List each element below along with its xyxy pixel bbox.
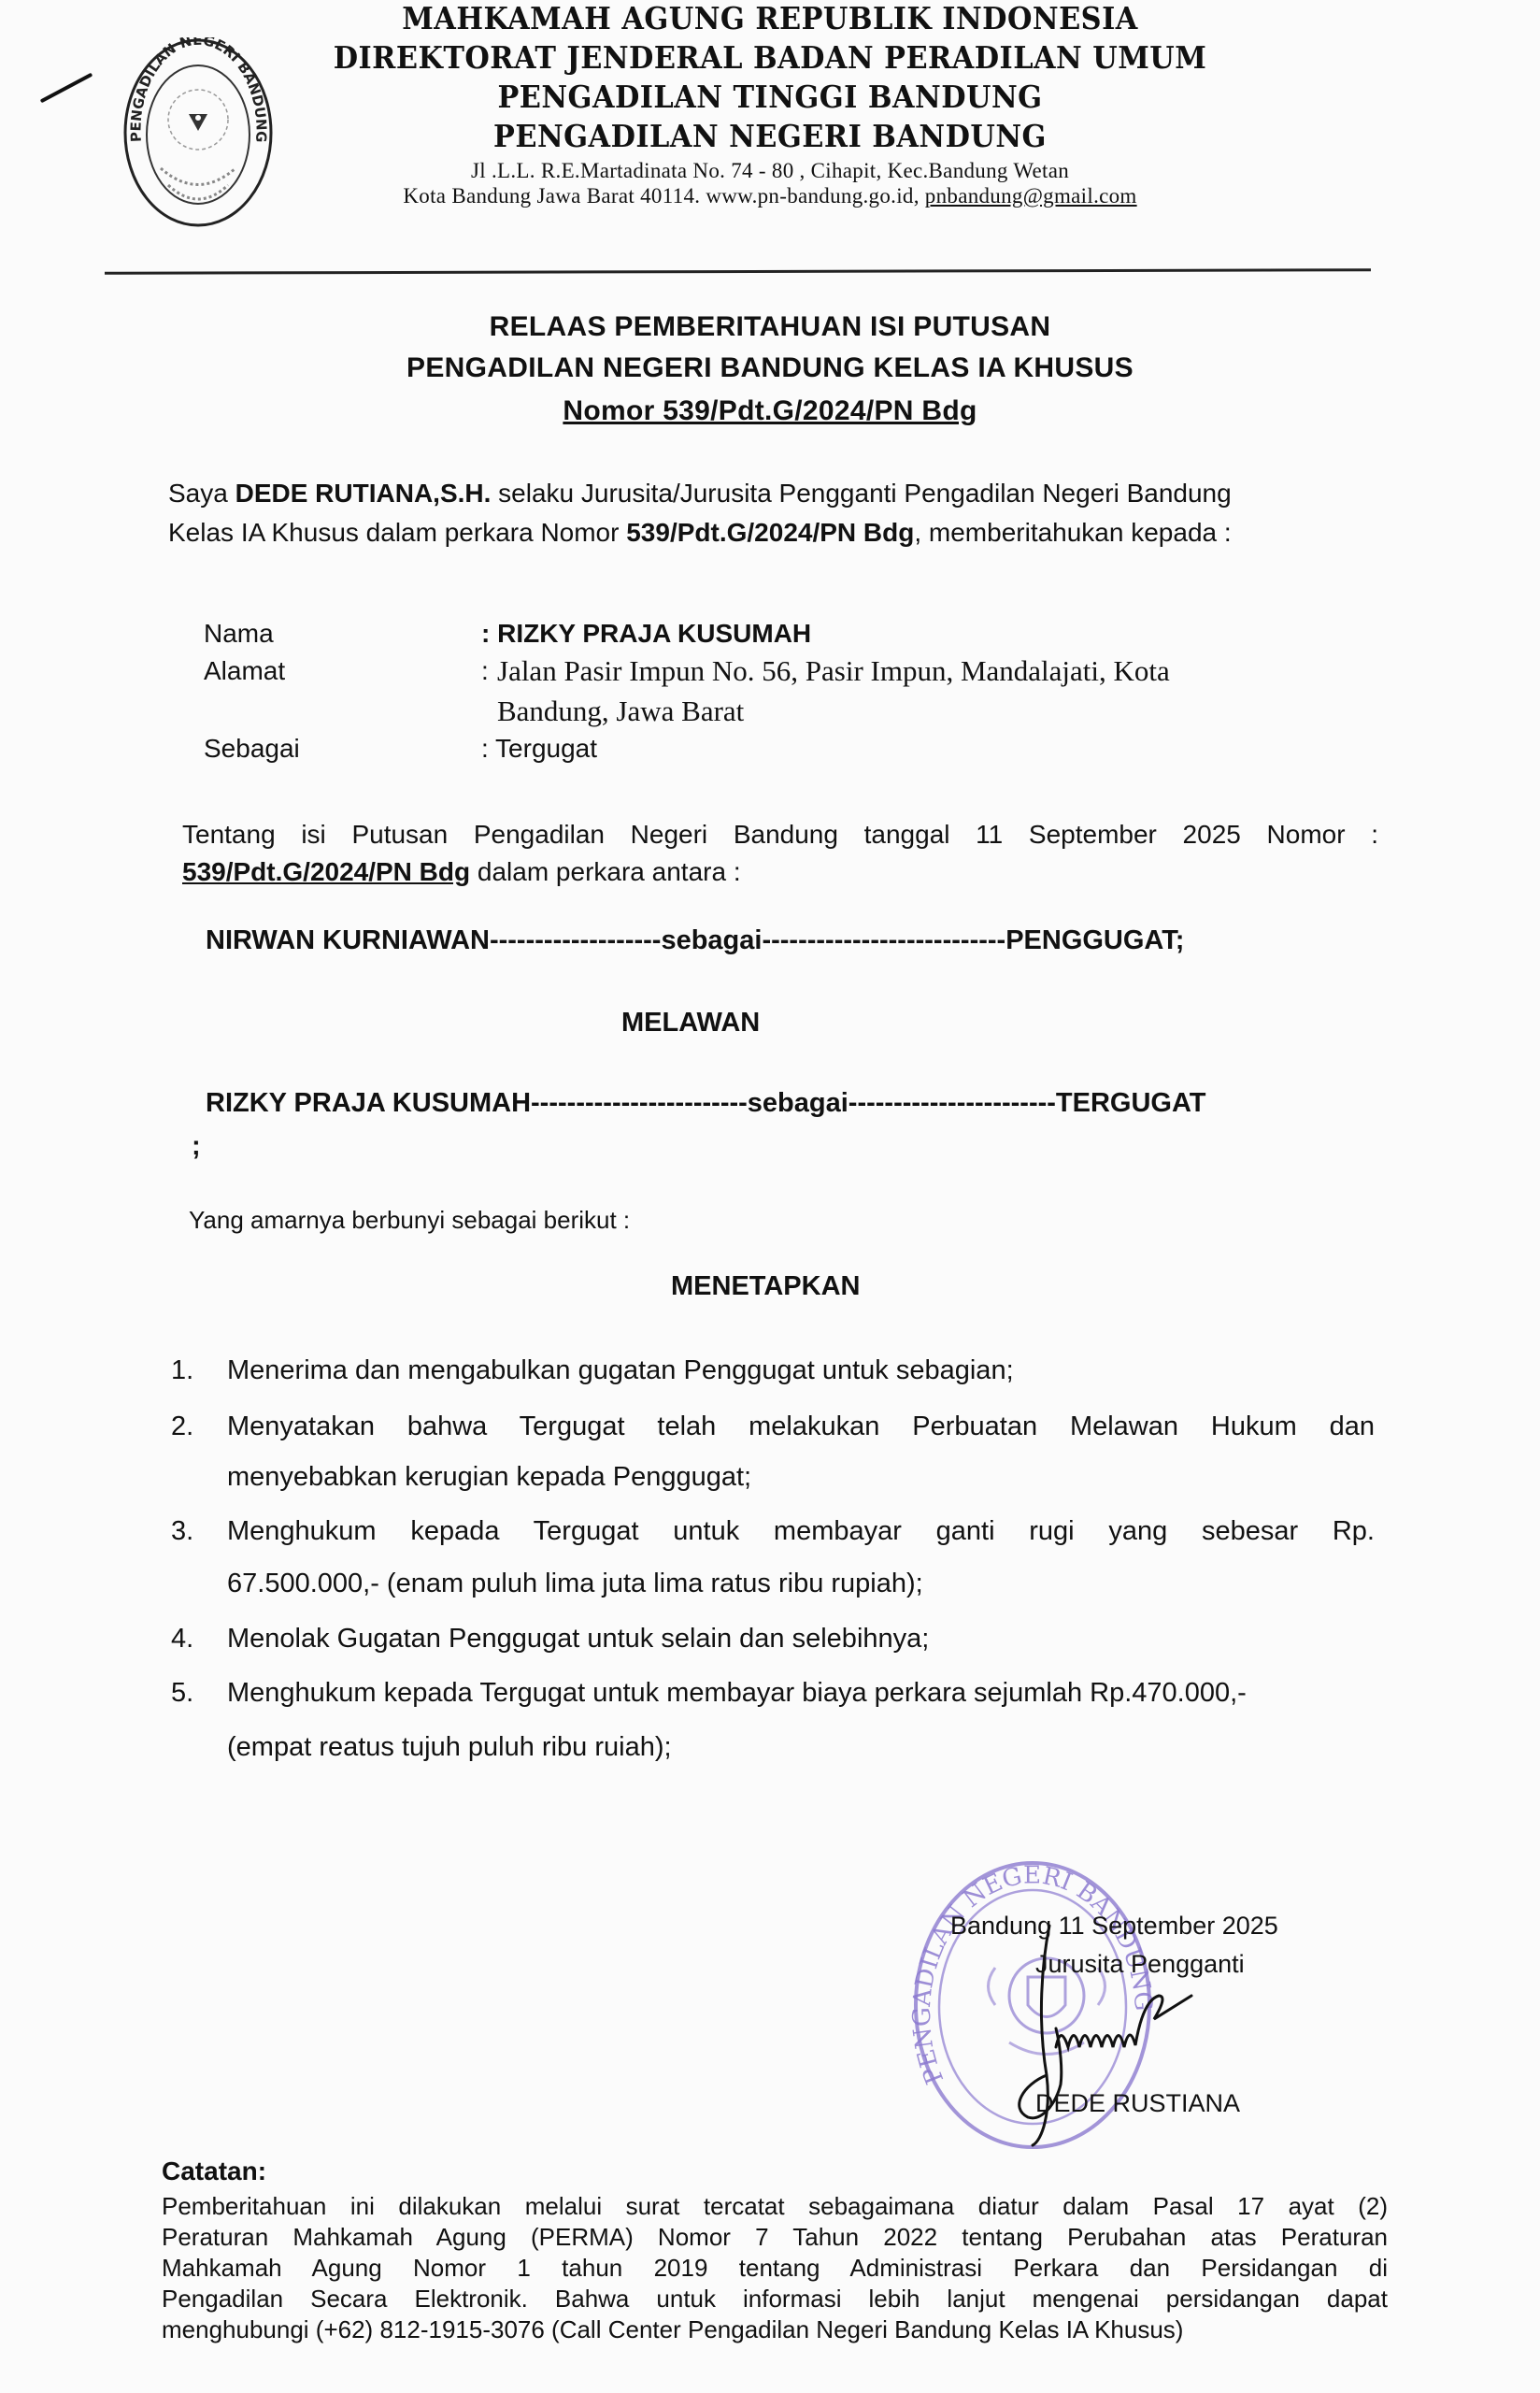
- plaintiff-line: NIRWAN KURNIAWAN-------------------sebag…: [206, 925, 1184, 956]
- ruling-2-text-line-1: Menyatakan bahwa Tergugat telah melakuka…: [227, 1411, 1375, 1442]
- nama-label: Nama: [204, 619, 274, 649]
- address-line-2: Kota Bandung Jawa Barat 40114. www.pn-ba…: [0, 184, 1540, 208]
- ruling-4-number: 4.: [171, 1624, 193, 1655]
- tentang-line2-post: dalam perkara antara :: [470, 857, 741, 886]
- alamat-colon: :: [481, 656, 489, 686]
- ruling-5-number: 5.: [171, 1678, 193, 1709]
- nama-value: : RIZKY PRAJA KUSUMAH: [481, 619, 811, 649]
- intro-saya: Saya: [168, 479, 235, 508]
- case-number-heading: Nomor 539/Pdt.G/2024/PN Bdg: [0, 395, 1540, 427]
- versus-label: MELAWAN: [621, 1008, 760, 1039]
- letterhead-line-1: MAHKAMAH AGUNG REPUBLIK INDONESIA: [62, 0, 1478, 36]
- letterhead-line-2: DIREKTORAT JENDERAL BADAN PERADILAN UMUM: [62, 39, 1478, 76]
- alamat-label: Alamat: [204, 656, 285, 686]
- ruling-4-text: Menolak Gugatan Penggugat untuk selain d…: [227, 1624, 929, 1655]
- ruling-3-text-line-1: Menghukum kepada Tergugat untuk membayar…: [227, 1516, 1375, 1547]
- email-link[interactable]: pnbandung@gmail.com: [925, 184, 1137, 208]
- intro-case-number: 539/Pdt.G/2024/PN Bdg: [626, 518, 914, 547]
- note-line-3: Mahkamah Agung Nomor 1 tahun 2019 tentan…: [162, 2254, 1388, 2283]
- alamat-line-2: Bandung, Jawa Barat: [497, 695, 744, 728]
- letterhead-line-4: PENGADILAN NEGERI BANDUNG: [62, 118, 1478, 154]
- signature-name: DEDE RUSTIANA: [1035, 2089, 1240, 2118]
- document-title-line-2: PENGADILAN NEGERI BANDUNG KELAS IA KHUSU…: [0, 352, 1540, 384]
- intro-rest: selaku Jurusita/Jurusita Pengganti Penga…: [491, 479, 1231, 508]
- sebagai-value: : Tergugat: [481, 734, 597, 764]
- note-heading: Catatan:: [162, 2157, 266, 2186]
- ruling-2-number: 2.: [171, 1411, 193, 1442]
- document-title-line-1: RELAAS PEMBERITAHUAN ISI PUTUSAN: [0, 311, 1540, 343]
- note-line-2: Peraturan Mahkamah Agung (PERMA) Nomor 7…: [162, 2223, 1388, 2252]
- bailiff-name: DEDE RUTIANA,S.H.: [235, 479, 492, 508]
- ruling-5-text-line-2: (empat reatus tujuh puluh ribu ruiah);: [227, 1732, 672, 1763]
- note-line-4: Pengadilan Secara Elektronik. Bahwa untu…: [162, 2285, 1388, 2314]
- ruling-3-text-line-2: 67.500.000,- (enam puluh lima juta lima …: [227, 1569, 923, 1599]
- defendant-line: RIZKY PRAJA KUSUMAH---------------------…: [206, 1088, 1205, 1119]
- tentang-line-2: 539/Pdt.G/2024/PN Bdg dalam perkara anta…: [182, 857, 741, 887]
- intro-line2-post: , memberitahukan kepada :: [914, 518, 1231, 547]
- note-line-5: menghubungi (+62) 812-1915-3076 (Call Ce…: [162, 2315, 1388, 2344]
- intro-line2-pre: Kelas IA Khusus dalam perkara Nomor: [168, 518, 626, 547]
- menetapkan-heading: MENETAPKAN: [671, 1271, 860, 1302]
- amar-intro: Yang amarnya berbunyi sebagai berikut :: [189, 1206, 630, 1235]
- tentang-line-1: Tentang isi Putusan Pengadilan Negeri Ba…: [182, 820, 1378, 850]
- ruling-1-number: 1.: [171, 1355, 193, 1386]
- sebagai-label: Sebagai: [204, 734, 300, 764]
- tentang-case-number: 539/Pdt.G/2024/PN Bdg: [182, 857, 470, 886]
- ruling-3-number: 3.: [171, 1516, 193, 1547]
- letterhead-divider: [105, 268, 1371, 275]
- note-line-1: Pemberitahuan ini dilakukan melalui sura…: [162, 2192, 1388, 2221]
- address-city-web: Kota Bandung Jawa Barat 40114. www.pn-ba…: [403, 184, 924, 208]
- ruling-5-text-line-1: Menghukum kepada Tergugat untuk membayar…: [227, 1678, 1247, 1709]
- ruling-2-text-line-2: menyebabkan kerugian kepada Penggugat;: [227, 1462, 751, 1493]
- letterhead-line-3: PENGADILAN TINGGI BANDUNG: [62, 79, 1478, 115]
- ruling-1-text: Menerima dan mengabulkan gugatan Penggug…: [227, 1355, 1014, 1386]
- defendant-line-tail: ;: [192, 1131, 201, 1162]
- address-line-1: Jl .L.L. R.E.Martadinata No. 74 - 80 , C…: [0, 159, 1540, 183]
- alamat-line-1: Jalan Pasir Impun No. 56, Pasir Impun, M…: [497, 654, 1170, 688]
- intro-line-2: Kelas IA Khusus dalam perkara Nomor 539/…: [168, 518, 1232, 548]
- intro-line-1: Saya DEDE RUTIANA,S.H. selaku Jurusita/J…: [168, 479, 1339, 509]
